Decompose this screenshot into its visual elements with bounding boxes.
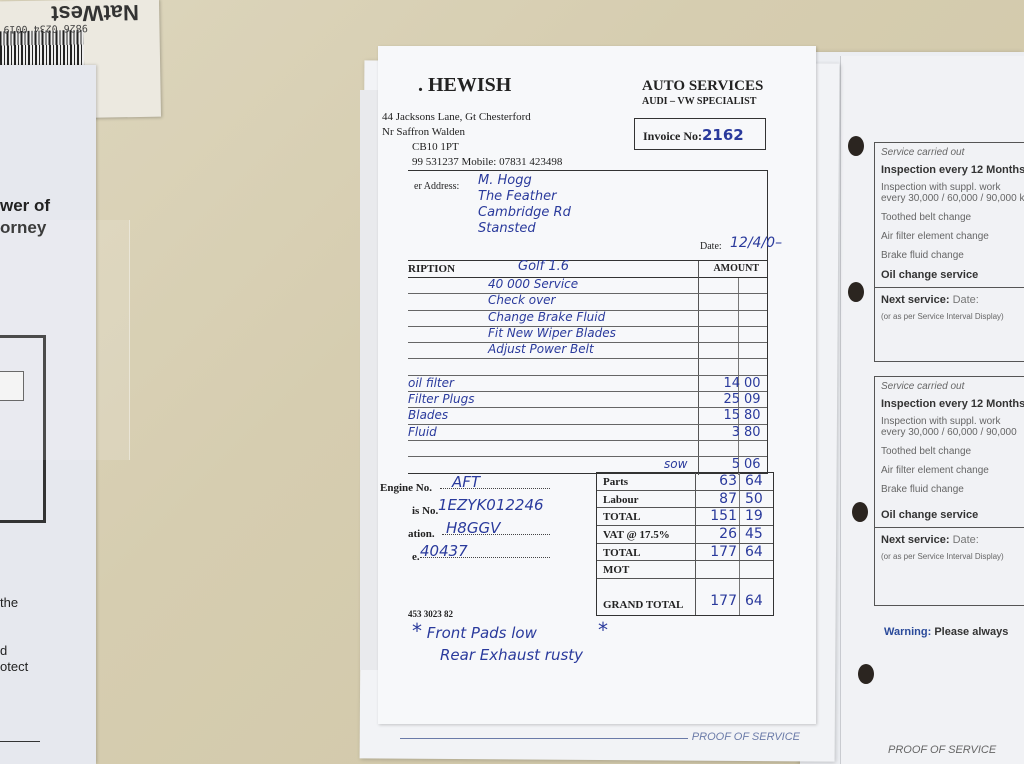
- total-pounds: 177: [697, 544, 737, 560]
- work-line: Check over: [408, 294, 767, 310]
- service-item: Air filter element change: [881, 465, 1024, 476]
- text-fragment-2: d otect: [0, 643, 28, 675]
- service-item: Brake fluid change: [881, 484, 1024, 495]
- proof-of-service-footer: PROOF OF SERVICE: [888, 744, 996, 756]
- part-desc: Fluid: [408, 425, 437, 439]
- totals-row-total: TOTAL17764: [597, 544, 773, 562]
- total-label: VAT @ 17.5%: [603, 529, 670, 541]
- item-text: every 30,000 / 60,000 / 90,000 km: [881, 193, 1024, 204]
- customer-line: Stansted: [478, 221, 571, 237]
- work-line: 40 000 Service: [408, 278, 767, 294]
- address-line: CB10 1PT: [382, 140, 562, 155]
- service-item: Inspection with suppl. workevery 30,000 …: [881, 182, 1024, 204]
- description-header-row: RIPTION Golf 1.6 AMOUNT: [408, 261, 767, 278]
- service-record-box-1: Service carried out Inspection every 12 …: [874, 142, 1024, 362]
- vehicle-model: Golf 1.6: [518, 259, 569, 274]
- vat-number: 453 3023 82: [408, 609, 453, 619]
- company-name: . HEWISH: [418, 74, 511, 97]
- business-subtitle: AUDI – VW SPECIALIST: [642, 96, 756, 107]
- handwritten-notes: * Front Pads low Rear Exhaust rusty: [412, 620, 583, 666]
- engine-label: Engine No.: [380, 482, 432, 494]
- part-pounds: 3: [708, 425, 740, 440]
- part-desc: Filter Plugs: [408, 392, 474, 406]
- invoice-date: 12/4/0–: [730, 235, 782, 251]
- registration-row: ation.H8GGV: [378, 522, 598, 545]
- totals-row-labour: Labour8750: [597, 491, 773, 509]
- customer-address-label: er Address:: [414, 181, 459, 192]
- registration-number: H8GGV: [446, 519, 500, 537]
- blank-line: [408, 359, 767, 375]
- parts-line: oil filter1400: [408, 376, 767, 392]
- total-pounds: 26: [697, 526, 737, 542]
- note-text: Front Pads low: [427, 624, 537, 642]
- vehicle-details: Engine No.AFT is No.1EZYK012246 ation.H8…: [378, 476, 598, 568]
- totals-row-grand-total: GRAND TOTAL17764: [597, 579, 773, 615]
- section-title: Inspection every 12 Months: [881, 398, 1024, 410]
- total-pounds: 63: [697, 473, 737, 489]
- part-pence: 00: [744, 376, 768, 391]
- invoice-number: 2162: [702, 126, 744, 144]
- engine-number: AFT: [452, 473, 480, 491]
- total-pounds: 151: [697, 508, 737, 524]
- next-service-label: Next service:: [881, 534, 950, 546]
- work-line: Change Brake Fluid: [408, 311, 767, 327]
- binder-hole: [852, 502, 868, 522]
- interval-note: (or as per Service Interval Display): [881, 552, 1024, 561]
- amount-header: AMOUNT: [713, 263, 759, 274]
- part-desc: Blades: [408, 408, 448, 422]
- service-item: Air filter element change: [881, 231, 1024, 242]
- totals-row-subtotal: TOTAL15119: [597, 508, 773, 526]
- address-line: Nr Saffron Walden: [382, 125, 562, 140]
- warning-message: Please always: [934, 626, 1008, 638]
- next-service-label: Next service:: [881, 294, 950, 306]
- business-title: AUTO SERVICES: [642, 78, 763, 95]
- chassis-number: 1EZYK012246: [438, 496, 544, 514]
- oil-change-label: Oil change service: [881, 269, 1024, 281]
- divider: [875, 527, 1024, 528]
- work-text: Change Brake Fluid: [488, 310, 605, 324]
- natwest-logo: NatWest: [51, 0, 139, 26]
- next-service-row: Next service: Date:: [881, 294, 1024, 306]
- total-label: TOTAL: [603, 547, 641, 559]
- totals-table: Parts6364 Labour8750 TOTAL15119 VAT @ 17…: [596, 472, 774, 616]
- work-line: Adjust Power Belt: [408, 343, 767, 359]
- company-address: 44 Jacksons Lane, Gt Chesterford Nr Saff…: [382, 110, 562, 170]
- address-line: 99 531237 Mobile: 07831 423498: [382, 155, 562, 170]
- item-text: Inspection with suppl. work: [881, 416, 1001, 427]
- total-pence: 64: [745, 544, 763, 560]
- asterisk: *: [412, 619, 422, 643]
- total-label: TOTAL: [603, 511, 641, 523]
- section-header: Service carried out: [881, 381, 1024, 392]
- total-pence: 19: [745, 508, 763, 524]
- parts-line: Blades1580: [408, 408, 767, 424]
- total-pence: 64: [745, 593, 763, 609]
- part-pounds: 25: [708, 392, 740, 407]
- total-pounds: 177: [697, 593, 737, 609]
- plastic-sleeve: [0, 220, 130, 460]
- customer-line: The Feather: [478, 189, 571, 205]
- customer-address: M. Hogg The Feather Cambridge Rd Stanste…: [478, 173, 571, 237]
- proof-of-service-footer-line: PROOF OF SERVICE: [400, 738, 800, 739]
- note-line: * Front Pads low: [412, 620, 583, 644]
- part-pounds: 15: [708, 408, 740, 423]
- invoice-number-label: Invoice No:: [643, 129, 702, 143]
- customer-line: M. Hogg: [478, 173, 571, 189]
- interval-note: (or as per Service Interval Display): [881, 312, 1024, 321]
- fragment-line: d: [0, 643, 28, 659]
- total-label: Parts: [603, 476, 628, 488]
- section-title: Inspection every 12 Months: [881, 164, 1024, 176]
- asterisk: *: [598, 618, 608, 642]
- parts-line: Fluid380: [408, 425, 767, 441]
- service-item: Inspection with suppl. workevery 30,000 …: [881, 416, 1024, 438]
- item-text: every 30,000 / 60,000 / 90,000: [881, 427, 1017, 438]
- total-label: GRAND TOTAL: [603, 599, 683, 611]
- work-text: Adjust Power Belt: [488, 342, 594, 356]
- invoice-number-box: Invoice No:2162: [634, 118, 766, 150]
- divider: [875, 287, 1024, 288]
- total-label: MOT: [603, 564, 629, 576]
- date-label: Date:: [700, 241, 722, 252]
- title-line-1: wer of: [0, 195, 50, 217]
- signature-line: [0, 741, 40, 742]
- binder-hole: [848, 282, 864, 302]
- fragment-line: otect: [0, 659, 28, 675]
- part-pence: 09: [744, 392, 768, 407]
- address-line: 44 Jacksons Lane, Gt Chesterford: [382, 110, 562, 125]
- total-pence: 50: [745, 491, 763, 507]
- totals-row-parts: Parts6364: [597, 473, 773, 491]
- totals-row-vat: VAT @ 17.5%2645: [597, 526, 773, 544]
- oil-change-label: Oil change service: [881, 509, 1024, 521]
- text-fragment: the: [0, 595, 18, 610]
- total-label: Labour: [603, 494, 638, 506]
- item-text: Inspection with suppl. work: [881, 182, 1001, 193]
- next-service-row: Next service: Date:: [881, 534, 1024, 546]
- part-pounds: 14: [708, 376, 740, 391]
- date-label: Date:: [953, 294, 979, 306]
- customer-address-box: er Address: M. Hogg The Feather Cambridg…: [408, 170, 768, 260]
- part-pence: 80: [744, 408, 768, 423]
- chassis-label: is No.: [412, 505, 438, 517]
- invoice-sheet: . HEWISH 44 Jacksons Lane, Gt Chesterfor…: [378, 46, 816, 724]
- work-text: 40 000 Service: [488, 277, 578, 291]
- column-divider: [698, 261, 699, 278]
- note-line: Rear Exhaust rusty: [412, 644, 583, 666]
- barcode: [0, 30, 84, 67]
- work-line: Fit New Wiper Blades: [408, 327, 767, 343]
- part-pence: 06: [744, 457, 768, 472]
- warning-label: Warning:: [884, 626, 931, 638]
- mileage-row: e.40437: [378, 545, 598, 568]
- total-pounds: 87: [697, 491, 737, 507]
- service-item: Toothed belt change: [881, 212, 1024, 223]
- total-pence: 64: [745, 473, 763, 489]
- parts-line: Filter Plugs2509: [408, 392, 767, 408]
- service-item: Toothed belt change: [881, 446, 1024, 457]
- service-record-box-2: Service carried out Inspection every 12 …: [874, 376, 1024, 606]
- mileage-label: e.: [412, 551, 420, 563]
- binder-hole: [848, 136, 864, 156]
- binder-hole: [858, 664, 874, 684]
- registration-label: ation.: [408, 528, 435, 540]
- section-header: Service carried out: [881, 147, 1024, 158]
- work-text: Fit New Wiper Blades: [488, 326, 616, 340]
- blank-line: [408, 441, 767, 457]
- part-desc: oil filter: [408, 376, 454, 390]
- customer-line: Cambridge Rd: [478, 205, 571, 221]
- description-header: RIPTION: [408, 263, 455, 275]
- mileage-value: 40437: [420, 542, 468, 560]
- part-pence: 80: [744, 425, 768, 440]
- proof-of-service-label: PROOF OF SERVICE: [688, 731, 800, 743]
- total-pence: 45: [745, 526, 763, 542]
- part-desc: sow: [664, 457, 687, 471]
- description-table: RIPTION Golf 1.6 AMOUNT 40 000 Service C…: [408, 260, 768, 474]
- work-text: Check over: [488, 293, 556, 307]
- date-label: Date:: [953, 534, 979, 546]
- totals-row-mot: MOT: [597, 561, 773, 579]
- service-item: Brake fluid change: [881, 250, 1024, 261]
- part-pounds: 5: [708, 457, 740, 472]
- warning-text: Warning: Please always: [884, 626, 1008, 638]
